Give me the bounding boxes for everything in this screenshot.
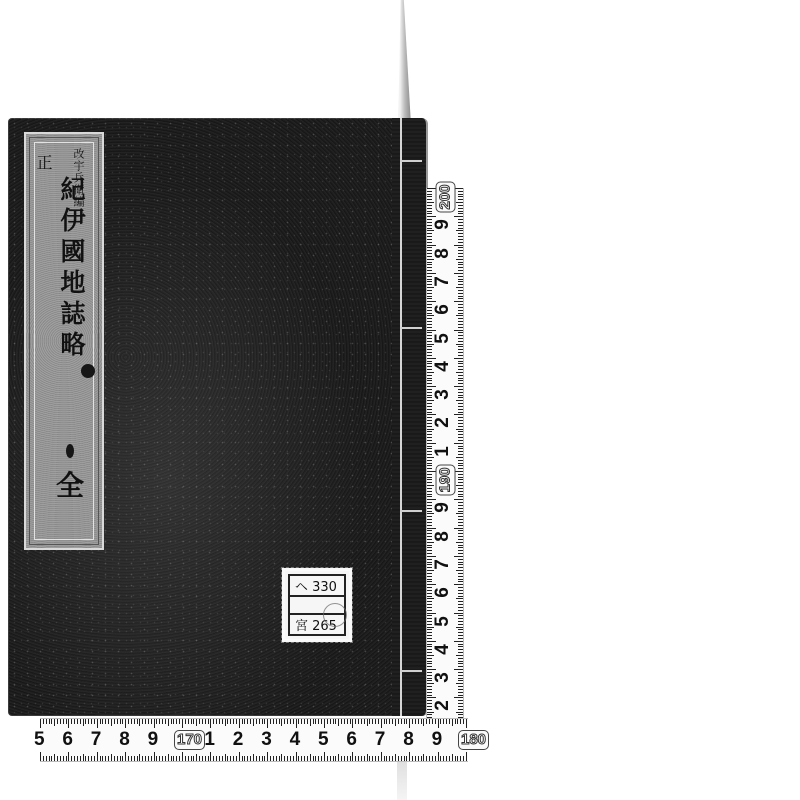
ruler-tick xyxy=(270,719,271,724)
ruler-tick xyxy=(256,719,257,724)
ruler-tick xyxy=(458,553,463,554)
ruler-tick xyxy=(427,604,432,605)
ruler-tick xyxy=(421,756,422,761)
ruler-tick xyxy=(458,199,463,200)
ruler-tick xyxy=(427,273,436,274)
ruler-tick xyxy=(341,719,342,724)
ruler-tick xyxy=(458,479,463,480)
ruler-tick xyxy=(298,719,299,724)
ruler-tick xyxy=(458,516,463,517)
ruler-tick xyxy=(335,756,336,761)
ruler-tick xyxy=(168,754,169,761)
ruler-tick xyxy=(458,378,463,379)
ruler-tick xyxy=(367,719,368,726)
ruler-tick xyxy=(239,719,240,728)
ruler-tick xyxy=(456,344,463,345)
ruler-tick xyxy=(57,756,58,761)
ruler-tick xyxy=(458,270,463,271)
ruler-tick xyxy=(427,550,432,551)
ruler-tick xyxy=(139,719,140,726)
ruler-tick xyxy=(449,719,450,724)
ruler-badge: 200 xyxy=(436,181,456,212)
ruler-tick xyxy=(427,638,432,639)
ruler-tick xyxy=(454,273,463,274)
ruler-tick xyxy=(369,756,370,761)
ruler-tick xyxy=(458,276,463,277)
ruler-tick xyxy=(350,719,351,724)
ruler-tick xyxy=(427,488,432,489)
ruler-label: 7 xyxy=(433,276,452,287)
ruler-tick xyxy=(456,429,463,430)
ruler-tick xyxy=(369,719,370,724)
ruler-tick xyxy=(375,719,376,724)
ruler-tick xyxy=(213,756,214,761)
ruler-tick xyxy=(338,719,339,726)
ruler-tick xyxy=(458,423,463,424)
ruler-tick xyxy=(454,443,463,444)
ruler-tick xyxy=(443,756,444,761)
ruler-tick xyxy=(105,719,106,724)
ruler-tick xyxy=(205,756,206,761)
ruler-tick xyxy=(427,697,436,698)
ruler-tick xyxy=(66,719,67,724)
ruler-tick xyxy=(71,756,72,761)
binding-thread xyxy=(400,118,402,716)
ruler-tick xyxy=(427,528,436,529)
ruler-tick xyxy=(74,756,75,761)
ruler-tick xyxy=(293,756,294,761)
ruler-tick xyxy=(156,719,157,724)
ruler-tick xyxy=(310,754,311,761)
ruler-tick xyxy=(427,213,432,214)
ruler-tick xyxy=(296,719,297,728)
ruler-tick xyxy=(427,598,434,599)
ruler-tick xyxy=(458,417,463,418)
ruler-tick xyxy=(427,400,434,401)
ruler-tick xyxy=(83,719,84,726)
ruler-tick xyxy=(395,754,396,761)
ruler-tick xyxy=(427,262,432,263)
ruler-tick xyxy=(458,313,463,314)
ruler-tick xyxy=(324,752,325,761)
ruler-tick xyxy=(456,287,463,288)
ruler-tick xyxy=(46,756,47,761)
ruler-tick xyxy=(456,683,463,684)
ruler-tick xyxy=(427,601,432,602)
ruler-tick xyxy=(456,485,463,486)
ruler-tick xyxy=(454,386,463,387)
ruler-label: 8 xyxy=(119,730,130,749)
ruler-tick xyxy=(458,545,463,546)
ruler-tick xyxy=(43,756,44,761)
ruler-tick xyxy=(427,293,432,294)
ruler-tick xyxy=(458,446,463,447)
ruler-tick xyxy=(458,355,463,356)
ruler-tick xyxy=(122,719,123,724)
ruler-tick xyxy=(350,756,351,761)
ruler-tick xyxy=(57,719,58,724)
ruler-tick xyxy=(173,719,174,724)
ruler-tick xyxy=(458,383,463,384)
ruler-tick xyxy=(427,525,432,526)
ruler-tick xyxy=(458,191,463,192)
ruler-tick xyxy=(427,403,432,404)
ruler-tick xyxy=(458,366,463,367)
ruler-tick xyxy=(458,663,463,664)
ruler-tick xyxy=(145,719,146,724)
ruler-tick xyxy=(463,719,464,724)
ruler-tick xyxy=(458,576,463,577)
ruler-tick xyxy=(427,440,432,441)
ruler-tick xyxy=(296,752,297,761)
ruler-tick xyxy=(427,264,432,265)
ruler-tick xyxy=(427,479,432,480)
ruler-tick xyxy=(427,352,432,353)
ruler-label: 4 xyxy=(433,644,452,655)
ruler-tick xyxy=(458,607,463,608)
ruler-tick xyxy=(196,719,197,726)
ruler-tick xyxy=(222,756,223,761)
ruler-label: 2 xyxy=(433,418,452,429)
ruler-tick xyxy=(358,719,359,724)
ruler-tick xyxy=(427,666,432,667)
ruler-tick xyxy=(427,245,436,246)
ruler-tick xyxy=(427,414,436,415)
ruler-tick xyxy=(270,756,271,761)
ruler-tick xyxy=(137,719,138,724)
ruler-tick xyxy=(454,358,463,359)
ruler-tick xyxy=(427,610,432,611)
ruler-tick xyxy=(97,719,98,728)
ruler-tick xyxy=(80,756,81,761)
ruler-tick xyxy=(458,463,463,464)
ruler-tick xyxy=(176,756,177,761)
ruler-tick xyxy=(287,756,288,761)
ruler-tick xyxy=(438,752,439,761)
ruler-tick xyxy=(458,225,463,226)
ruler-badge: 170 xyxy=(174,730,205,750)
ruler-tick xyxy=(458,536,463,537)
ruler-tick xyxy=(358,756,359,761)
ruler-tick xyxy=(77,756,78,761)
ruler-tick xyxy=(307,756,308,761)
ruler-tick xyxy=(148,756,149,761)
ruler-tick xyxy=(398,719,399,724)
ruler-tick xyxy=(427,346,432,347)
ruler-tick xyxy=(458,474,463,475)
ruler-tick xyxy=(458,420,463,421)
ruler-tick xyxy=(247,719,248,724)
ruler-tick xyxy=(458,706,463,707)
ruler-tick xyxy=(427,496,432,497)
ruler-tick xyxy=(239,752,240,761)
ruler-tick xyxy=(321,719,322,724)
ruler-tick xyxy=(427,553,432,554)
ruler-tick xyxy=(455,719,456,724)
ruler-tick xyxy=(46,719,47,724)
ruler-tick xyxy=(458,629,463,630)
ruler-tick xyxy=(276,756,277,761)
ruler-tick xyxy=(120,756,121,761)
ruler-tick xyxy=(454,697,463,698)
ruler-label: 7 xyxy=(433,559,452,570)
ruler-tick xyxy=(427,431,432,432)
ruler-tick xyxy=(100,719,101,724)
ruler-tick xyxy=(233,756,234,761)
ruler-tick xyxy=(458,587,463,588)
ruler-tick xyxy=(458,530,463,531)
ruler-tick xyxy=(427,358,436,359)
ruler-tick xyxy=(427,437,432,438)
ruler-tick xyxy=(458,567,463,568)
ruler-tick xyxy=(338,754,339,761)
ruler-label: 2 xyxy=(433,701,452,712)
ruler-tick xyxy=(281,719,282,726)
ruler-tick xyxy=(427,460,432,461)
ruler-tick xyxy=(412,719,413,724)
ruler-tick xyxy=(458,465,463,466)
ruler-tick xyxy=(202,756,203,761)
ruler-label: 5 xyxy=(318,730,329,749)
ruler-tick xyxy=(458,262,463,263)
ruler-tick xyxy=(242,719,243,724)
ruler-tick xyxy=(386,719,387,724)
ruler-tick xyxy=(458,522,463,523)
ruler-tick xyxy=(426,756,427,761)
ruler-tick xyxy=(427,641,436,642)
ruler-label: 8 xyxy=(433,531,452,542)
ruler-tick xyxy=(179,719,180,724)
ruler-tick xyxy=(71,719,72,724)
ruler-tick xyxy=(456,400,463,401)
ruler-tick xyxy=(427,669,436,670)
ruler-tick xyxy=(219,719,220,724)
ruler-tick xyxy=(415,756,416,761)
ruler-tick xyxy=(335,719,336,724)
ruler-tick xyxy=(458,440,463,441)
ruler-tick xyxy=(427,230,434,231)
ruler-tick xyxy=(313,719,314,724)
ruler-tick xyxy=(458,525,463,526)
ruler-tick xyxy=(458,632,463,633)
ruler-tick xyxy=(273,719,274,724)
ruler-tick xyxy=(458,213,463,214)
ruler-tick xyxy=(427,686,432,687)
ruler-tick xyxy=(427,692,432,693)
ruler-tick xyxy=(83,754,84,761)
ruler-tick xyxy=(321,756,322,761)
ruler-tick xyxy=(427,327,432,328)
ruler-tick xyxy=(85,756,86,761)
ruler-tick xyxy=(225,754,226,761)
ruler-tick xyxy=(409,719,410,728)
ruler-tick xyxy=(458,700,463,701)
ruler-tick xyxy=(330,719,331,724)
ruler-tick xyxy=(460,719,461,724)
ruler-tick xyxy=(148,719,149,724)
ruler-tick xyxy=(458,675,463,676)
ruler-tick xyxy=(77,719,78,724)
ruler-tick xyxy=(352,752,353,761)
ruler-tick xyxy=(151,756,152,761)
ruler-tick xyxy=(458,539,463,540)
ruler-tick xyxy=(458,346,463,347)
ruler-label: 8 xyxy=(433,248,452,259)
ruler-tick xyxy=(427,519,432,520)
ruler-tick xyxy=(454,245,463,246)
ruler-tick xyxy=(458,601,463,602)
ruler-label: 5 xyxy=(433,616,452,627)
ruler-tick xyxy=(458,412,463,413)
ruler-label: 5 xyxy=(433,333,452,344)
ruler-label: 5 xyxy=(34,730,45,749)
ruler-tick xyxy=(40,719,41,728)
ruler-tick xyxy=(458,338,463,339)
ruler-tick xyxy=(432,756,433,761)
ruler-tick xyxy=(85,719,86,724)
ruler-tick xyxy=(458,290,463,291)
ruler-tick xyxy=(401,719,402,724)
ruler-tick xyxy=(427,301,436,302)
ruler-tick xyxy=(458,247,463,248)
ruler-tick xyxy=(458,460,463,461)
ruler-tick xyxy=(427,584,436,585)
ruler-tick xyxy=(458,437,463,438)
ruler-tick xyxy=(401,756,402,761)
ruler-label: 9 xyxy=(433,503,452,514)
ruler-tick xyxy=(458,604,463,605)
ruler-tick xyxy=(171,756,172,761)
ruler-tick xyxy=(43,719,44,724)
ruler-tick xyxy=(182,752,183,761)
ruler-tick xyxy=(347,719,348,724)
ruler-tick xyxy=(446,719,447,724)
ruler-tick xyxy=(457,719,458,724)
ruler-tick xyxy=(247,756,248,761)
ruler-tick xyxy=(458,686,463,687)
ruler-tick xyxy=(458,703,463,704)
ruler-tick xyxy=(458,397,463,398)
ruler-tick xyxy=(427,372,434,373)
ruler-tick xyxy=(427,242,432,243)
ruler-tick xyxy=(427,655,434,656)
ruler-tick xyxy=(458,392,463,393)
ruler-tick xyxy=(427,629,432,630)
ruler-tick xyxy=(427,270,432,271)
ruler-tick xyxy=(427,635,432,636)
ruler-tick xyxy=(213,719,214,724)
ruler-tick xyxy=(466,719,467,728)
ruler-tick xyxy=(165,756,166,761)
ruler-tick xyxy=(105,756,106,761)
ruler-tick xyxy=(427,482,432,483)
ruler-tick xyxy=(427,211,432,212)
ruler-tick xyxy=(66,756,67,761)
ruler-tick xyxy=(427,579,432,580)
ruler-tick xyxy=(131,756,132,761)
ruler-label: 2 xyxy=(233,730,244,749)
scan-scene: 正 改宇兵衛編 紀伊國地誌略 全 ヘ 330 宮 265 20098765432… xyxy=(0,0,800,800)
ruler-tick xyxy=(429,719,430,724)
ruler-tick xyxy=(427,290,432,291)
ruler-tick xyxy=(427,477,432,478)
ruler-tick xyxy=(458,352,463,353)
ruler-tick xyxy=(324,719,325,728)
ruler-tick xyxy=(188,756,189,761)
ruler-tick xyxy=(88,719,89,724)
ruler-tick xyxy=(307,719,308,724)
ruler-tick xyxy=(185,756,186,761)
ruler-tick xyxy=(458,318,463,319)
ruler-tick xyxy=(427,545,432,546)
ruler-tick xyxy=(427,542,434,543)
ruler-tick xyxy=(427,318,432,319)
ruler-tick xyxy=(191,719,192,724)
ruler-label: 9 xyxy=(433,220,452,231)
ruler-tick xyxy=(145,756,146,761)
ruler-tick xyxy=(458,341,463,342)
ruler-tick xyxy=(372,719,373,724)
ruler-tick xyxy=(429,756,430,761)
ruler-tick xyxy=(440,756,441,761)
ruler-tick xyxy=(456,598,463,599)
ruler-tick xyxy=(242,756,243,761)
ruler-tick xyxy=(427,205,432,206)
ruler-label: 9 xyxy=(432,730,443,749)
ruler-tick xyxy=(111,719,112,726)
ruler-tick xyxy=(74,719,75,724)
ruler-tick xyxy=(458,310,463,311)
ruler-tick xyxy=(256,756,257,761)
ruler-tick xyxy=(458,564,463,565)
ruler-tick xyxy=(458,672,463,673)
ruler-tick xyxy=(427,199,432,200)
ruler-label: 6 xyxy=(346,730,357,749)
ruler-tick xyxy=(456,513,463,514)
ruler-tick xyxy=(315,719,316,724)
ruler-label: 8 xyxy=(403,730,414,749)
ruler-tick xyxy=(273,756,274,761)
ruler-tick xyxy=(298,756,299,761)
ruler-tick xyxy=(466,752,467,761)
ruler-tick xyxy=(128,756,129,761)
ruler-tick xyxy=(458,666,463,667)
ruler-tick xyxy=(458,228,463,229)
ruler-tick xyxy=(427,689,432,690)
ruler-label: 6 xyxy=(62,730,73,749)
ruler-tick xyxy=(454,669,463,670)
ruler-tick xyxy=(458,658,463,659)
ruler-tick xyxy=(114,719,115,724)
ruler-tick xyxy=(427,468,432,469)
ruler-tick xyxy=(458,284,463,285)
ruler-tick xyxy=(91,719,92,724)
ruler-tick xyxy=(427,383,432,384)
ruler-tick xyxy=(259,756,260,761)
ruler-tick xyxy=(193,756,194,761)
ruler-tick xyxy=(458,222,463,223)
ruler-tick xyxy=(304,756,305,761)
ruler-tick xyxy=(381,752,382,761)
ruler-tick xyxy=(458,208,463,209)
ruler-tick xyxy=(284,756,285,761)
ruler-tick xyxy=(456,457,463,458)
ruler-tick xyxy=(120,719,121,724)
title-prefix: 正 xyxy=(39,154,55,170)
ruler-tick xyxy=(236,756,237,761)
ruler-tick xyxy=(456,202,463,203)
ruler-tick xyxy=(458,661,463,662)
